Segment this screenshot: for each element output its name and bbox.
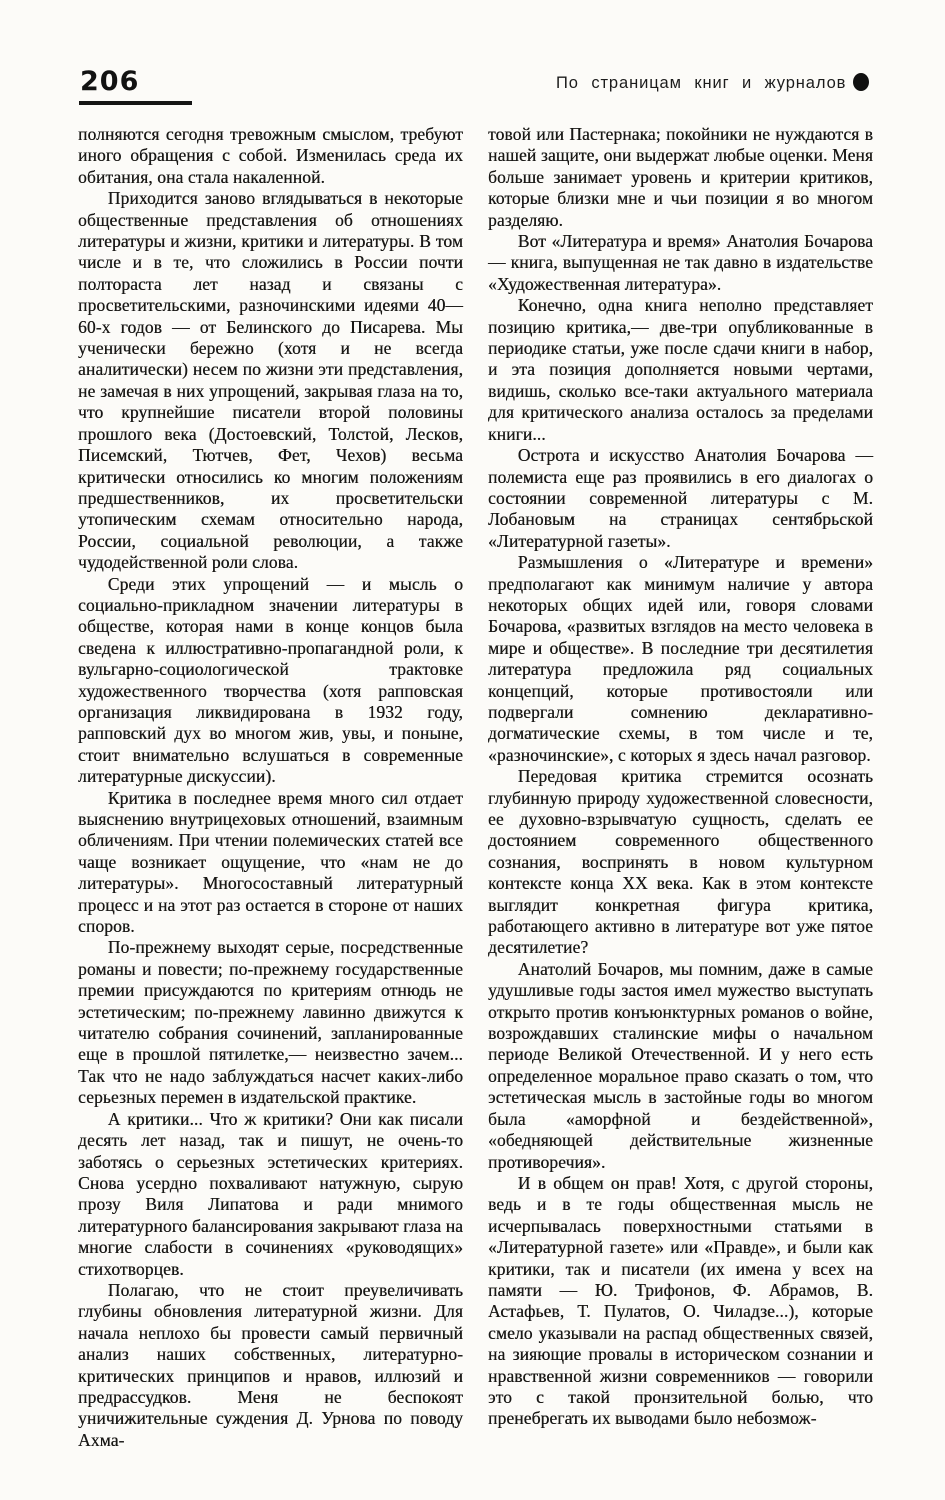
page-number: 206: [80, 66, 139, 97]
header-bullet-icon: [853, 73, 869, 91]
paragraph: Передовая критика стремится осознать глу…: [488, 766, 873, 959]
paragraph: Вот «Литература и время» Анатолия Бочаро…: [488, 231, 873, 295]
paragraph: Размышления о «Литературе и времени» пре…: [488, 552, 873, 766]
paragraph: полняются сегодня тревожным смыслом, тре…: [78, 124, 463, 188]
left-text-column: полняются сегодня тревожным смыслом, тре…: [78, 124, 463, 1451]
paragraph: По-прежнему выходят серые, посредственны…: [78, 937, 463, 1108]
paragraph: Приходится заново вглядываться в некотор…: [78, 188, 463, 573]
right-text-column: товой или Пастернака; покойники не нужда…: [488, 124, 873, 1430]
page-number-underline: [79, 101, 192, 105]
paragraph: А критики... Что ж критики? Они как писа…: [78, 1109, 463, 1280]
paragraph: Острота и искусство Анатолия Бочарова — …: [488, 445, 873, 552]
paragraph: товой или Пастернака; покойники не нужда…: [488, 124, 873, 231]
journal-page: 206 По страницам книг и журналов полняют…: [0, 0, 945, 1500]
paragraph: Среди этих упрощений — и мысль о социаль…: [78, 574, 463, 788]
paragraph: Критика в последнее время много сил отда…: [78, 788, 463, 938]
paragraph: Полагаю, что не стоит преувеличивать глу…: [78, 1280, 463, 1451]
running-header-title: По страницам книг и журналов: [556, 74, 846, 93]
paragraph: Анатолий Бочаров, мы помним, даже в самы…: [488, 959, 873, 1173]
paragraph: Конечно, одна книга неполно представляет…: [488, 295, 873, 445]
paragraph: И в общем он прав! Хотя, с другой сторон…: [488, 1173, 873, 1430]
